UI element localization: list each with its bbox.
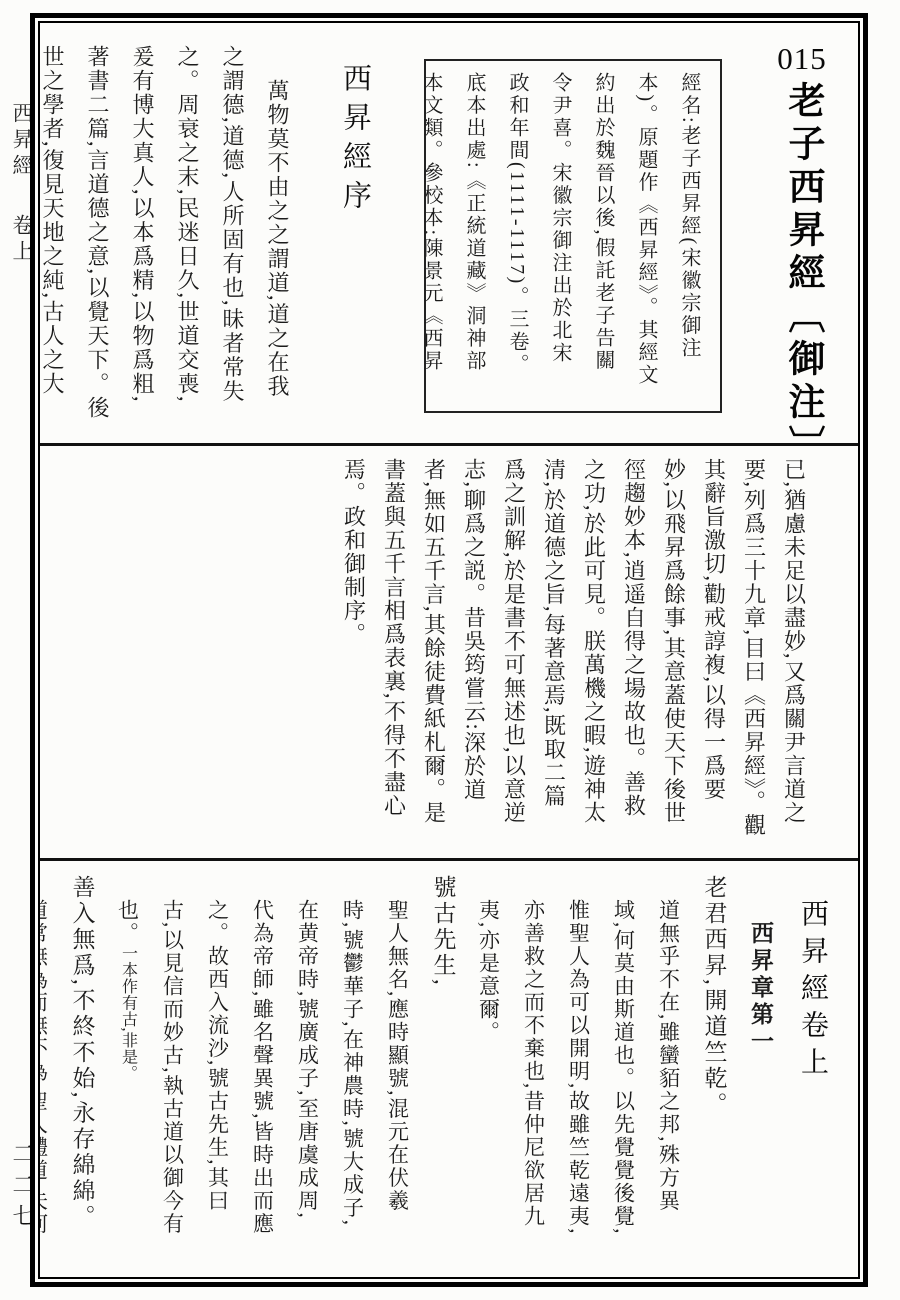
text-column: 本)。原題作《西昇經》。其經文 (625, 72, 668, 400)
preface-heading: 西昇經序 (335, 63, 376, 219)
text-column: 之。故西入流沙,號古先生,其曰 (195, 875, 240, 1273)
chapter-heading: 西昇章第一 (737, 875, 784, 1273)
text-column: 者,無如五千言,其餘徒費紙札爾。是 (414, 458, 454, 854)
text-column: 其辭旨激切,勸戒諄複,以得一爲要 (694, 458, 734, 854)
text-column: 焉。政和御制序。 (334, 458, 374, 854)
text-column: 世之學者,復見天地之純,古人之大 (40, 45, 75, 439)
text-column: 號古先生, (420, 875, 466, 1273)
bibliographic-infobox: 經名:老子西昇經(宋徽宗御注本)。原題作《西昇經》。其經文約出於魏晉以後,假託老… (424, 59, 722, 413)
page-frame-inner: 015 老子西昇經〔御注〕 經名:老子西昇經(宋徽宗御注本)。原題作《西昇經》。… (38, 21, 860, 1279)
text-column: 本文類。參校本:陳景元《西昇 (424, 72, 453, 400)
text-column: 域,何莫由斯道也。以先覺覺後覺, (601, 875, 646, 1273)
text-column: 惟聖人為可以開明,故雖竺乾遠夷, (556, 875, 601, 1273)
scripture-text: 西昇經卷上西昇章第一老君西昇,開道竺乾。道無乎不在,雖蠻貊之邦,殊方異域,何莫由… (40, 861, 858, 1277)
text-column: 善入無爲,不終不始,永存綿綿。 (59, 875, 105, 1273)
section-preface-continued: 已,猶慮未足以盡妙,又爲關尹言道之要,列爲三十九章,目曰《西昇經》。觀其辭旨激切… (40, 446, 858, 861)
text-column: 亦善救之而不棄也,昔仲尼欲居九 (511, 875, 556, 1273)
text-column: 萬物莫不由之之謂道,道之在我 (255, 45, 300, 439)
text-column: 時,號鬱華子,在神農時,號大成子, (330, 875, 375, 1273)
document-title: 老子西昇經〔御注〕 (775, 81, 829, 446)
text-column: 經名:老子西昇經(宋徽宗御注 (668, 72, 711, 400)
section-title-and-preface: 015 老子西昇經〔御注〕 經名:老子西昇經(宋徽宗御注本)。原題作《西昇經》。… (40, 23, 858, 446)
text-column: 徑趨妙本,逍遥自得之場故也。善救 (614, 458, 654, 854)
text-column: 約出於魏晉以後,假託老子告關 (582, 72, 625, 400)
text-column: 在黄帝時,號廣成子,至唐虞成周, (285, 875, 330, 1273)
scanned-book-page: 西昇經卷上 二二七 015 老子西昇經〔御注〕 經名:老子西昇經(宋徽宗御注本)… (0, 0, 900, 1300)
text-column: 書蓋與五千言相爲表裏,不得不盡心 (374, 458, 414, 854)
text-column: 爰有博大真人,以本爲精,以物爲粗, (120, 45, 165, 439)
text-column: 著書二篇,言道德之意,以覺天下。後 (75, 45, 120, 439)
text-column: 代為帝師,雖名聲異號,皆時出而應 (240, 875, 285, 1273)
preface-continued-text: 已,猶慮未足以盡妙,又爲關尹言道之要,列爲三十九章,目曰《西昇經》。觀其辭旨激切… (40, 446, 858, 858)
text-column: 之。周衰之末,民迷日久,世道交喪, (165, 45, 210, 439)
text-column: 道無乎不在,雖蠻貊之邦,殊方異 (646, 875, 691, 1273)
text-column: 志,聊爲之説。昔吳筠嘗云:深於道 (454, 458, 494, 854)
preface-text: 萬物莫不由之之謂道,道之在我之謂德,道德,人所固有也,昧者常失之。周衰之末,民迷… (40, 45, 300, 439)
document-number: 015 (758, 41, 846, 77)
text-column: 之功,於此可見。朕萬機之暇,遊神太 (574, 458, 614, 854)
text-segment: 也。 (116, 899, 140, 945)
text-column: 政和年間(1111-1117)。三卷。 (496, 72, 539, 400)
page-frame: 015 老子西昇經〔御注〕 經名:老子西昇經(宋徽宗御注本)。原題作《西昇經》。… (30, 13, 868, 1287)
text-column: 道常無為而無不為,聖人體道,夫何 (40, 875, 59, 1273)
text-column: 之謂德,道德,人所固有也,昧者常失 (210, 45, 255, 439)
text-column: 老君西昇,開道竺乾。 (691, 875, 737, 1273)
text-column: 令尹喜。宋徽宗御注出於北宋 (539, 72, 582, 400)
text-column: 清,於道德之旨,每著意焉,既取二篇 (534, 458, 574, 854)
text-column: 聖人無名,應時顯號,混元在伏羲 (375, 875, 420, 1273)
document-title-block: 015 老子西昇經〔御注〕 (758, 41, 846, 446)
text-column: 底本出處:《正統道藏》洞神部 (453, 72, 496, 400)
section-scripture: 西昇經卷上西昇章第一老君西昇,開道竺乾。道無乎不在,雖蠻貊之邦,殊方異域,何莫由… (40, 861, 858, 1277)
text-column: 要,列爲三十九章,目曰《西昇經》。觀 (734, 458, 774, 854)
text-column: 爲之訓解,於是書不可無述也,以意逆 (494, 458, 534, 854)
collation-note-column: 也。一本作有古,非是。 (105, 875, 150, 1273)
text-column: 妙,以飛昇爲餘事,其意蓋使天下後世 (654, 458, 694, 854)
text-segment: 一本作有古,非是。 (120, 945, 137, 1082)
text-column: 已,猶慮未足以盡妙,又爲關尹言道之 (774, 458, 814, 854)
text-column: 夷,亦是意爾。 (466, 875, 511, 1273)
text-column: 古,以見信而妙古,執古道以御今有 (150, 875, 195, 1273)
volume-heading: 西昇經卷上 (784, 875, 840, 1273)
